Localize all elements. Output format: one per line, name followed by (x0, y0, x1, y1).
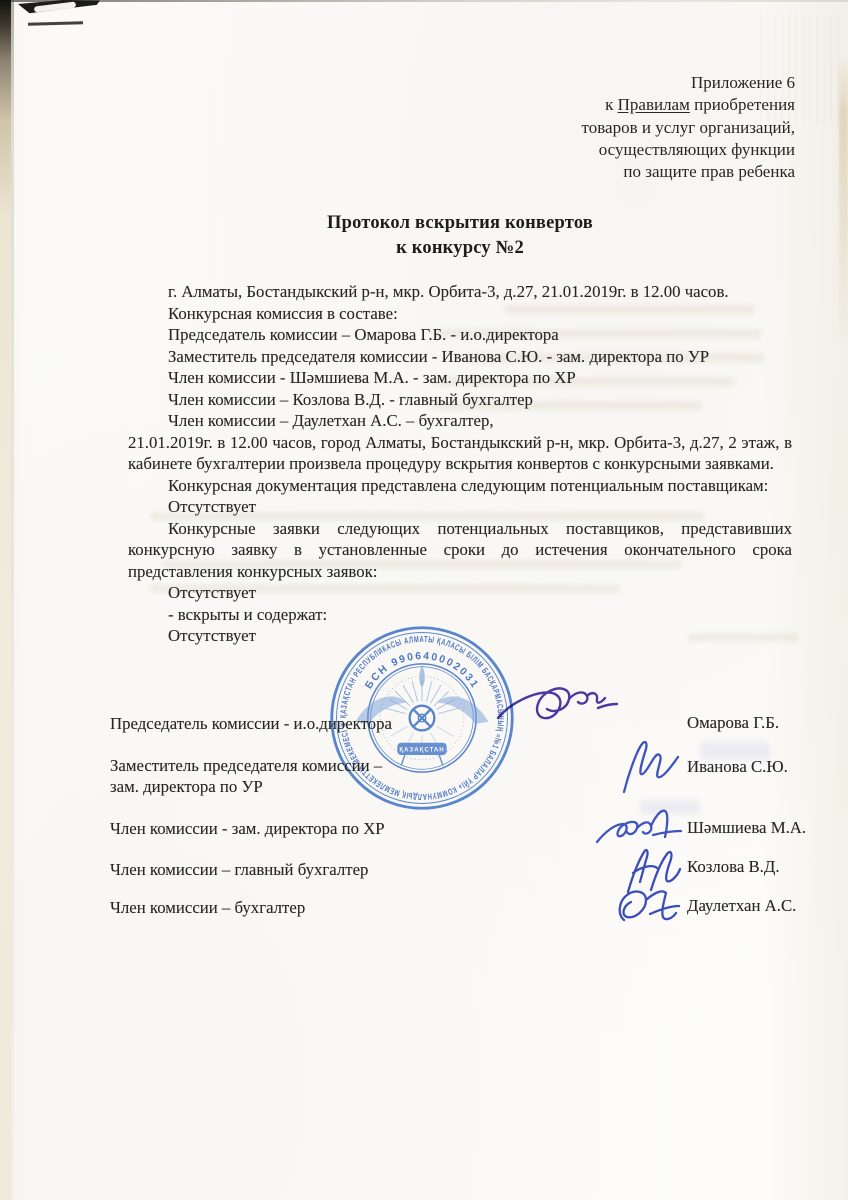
signature-label-deputy-line2: зам. директора по УР (110, 777, 263, 797)
title-line-1: Протокол вскрытия конвертов (128, 211, 792, 236)
appendix-line: осуществляющих функции (582, 139, 795, 161)
body-commission-intro: Конкурсная комиссия в составе: (128, 303, 792, 325)
scan-edge-top (0, 0, 848, 2)
appendix-line: по защите прав ребенка (582, 161, 795, 183)
documentation-line: Конкурсная документация представлена сле… (128, 475, 792, 497)
commission-member-line: Член комиссии – Козлова В.Д. - главный б… (128, 389, 792, 411)
body-location-line: г. Алматы, Бостандыкский р-н, мкр. Орбит… (128, 281, 792, 303)
appendix-line: товаров и услуг организаций, (582, 117, 795, 139)
signature-name-kozlova: Козлова В.Д. (687, 857, 780, 877)
appendix-line-pre: к (605, 95, 618, 114)
signature-label-chairman: Председатель комиссии - и.о.директора (110, 714, 392, 734)
signature-name-omarova: Омарова Г.Б. (687, 713, 779, 733)
appendix-line-post: приобретения (690, 95, 795, 114)
staple-bar (28, 21, 83, 25)
commission-member-line: Заместитель председателя комиссии - Иван… (128, 346, 792, 368)
signature-label-deputy-line1: Заместитель председателя комиссии – (110, 756, 382, 776)
document-title: Протокол вскрытия конвертов к конкурсу №… (128, 211, 792, 261)
signature-label-member-hr: Член комиссии - зам. директора по ХР (110, 819, 385, 839)
commission-member-line: Председатель комиссии – Омарова Г.Б. - и… (128, 324, 792, 346)
signature-name-shamshieva: Шәмшиева М.А. (687, 818, 806, 838)
commission-member-line: Член комиссии - Шәмшиева М.А. - зам. дир… (128, 367, 792, 389)
absent-line: Отсутствует (128, 496, 792, 518)
appendix-line: Приложение 6 (582, 72, 795, 94)
signature-ivanova (618, 736, 680, 796)
appendix-header: Приложение 6 к Правилам приобретения тов… (582, 72, 795, 183)
title-line-2: к конкурсу №2 (128, 236, 792, 261)
appendix-line: к Правилам приобретения (582, 94, 795, 116)
scan-edge-right (839, 55, 848, 345)
opened-line: - вскрыты и содержат: (128, 604, 792, 626)
procedure-paragraph: 21.01.2019г. в 12.00 часов, город Алматы… (128, 432, 792, 475)
document-body: г. Алматы, Бостандыкский р-н, мкр. Орбит… (128, 281, 792, 647)
signature-label-member-chief-accountant: Член комиссии – главный бухгалтер (110, 860, 368, 880)
scanned-document-page: Приложение 6 к Правилам приобретения тов… (0, 0, 848, 1200)
signature-omarova (495, 678, 623, 740)
scan-edge-left-shadow (11, 0, 14, 1200)
absent-line: Отсутствует (128, 582, 792, 604)
commission-member-line: Член комиссии – Даулетхан А.С. – бухгалт… (128, 410, 792, 432)
stamp-country-label: ҚАЗАҚСТАН (399, 747, 444, 754)
scan-edge-left (0, 0, 11, 1200)
signature-dauletkhan (613, 880, 691, 927)
signature-label-member-accountant: Член комиссии – бухгалтер (110, 898, 305, 918)
rules-underlined-text: Правилам (618, 95, 690, 114)
bids-paragraph: Конкурсные заявки следующих потенциальны… (128, 518, 792, 583)
signature-name-ivanova: Иванова С.Ю. (687, 757, 788, 777)
signature-name-dauletkhan: Даулетхан А.С. (687, 896, 796, 916)
